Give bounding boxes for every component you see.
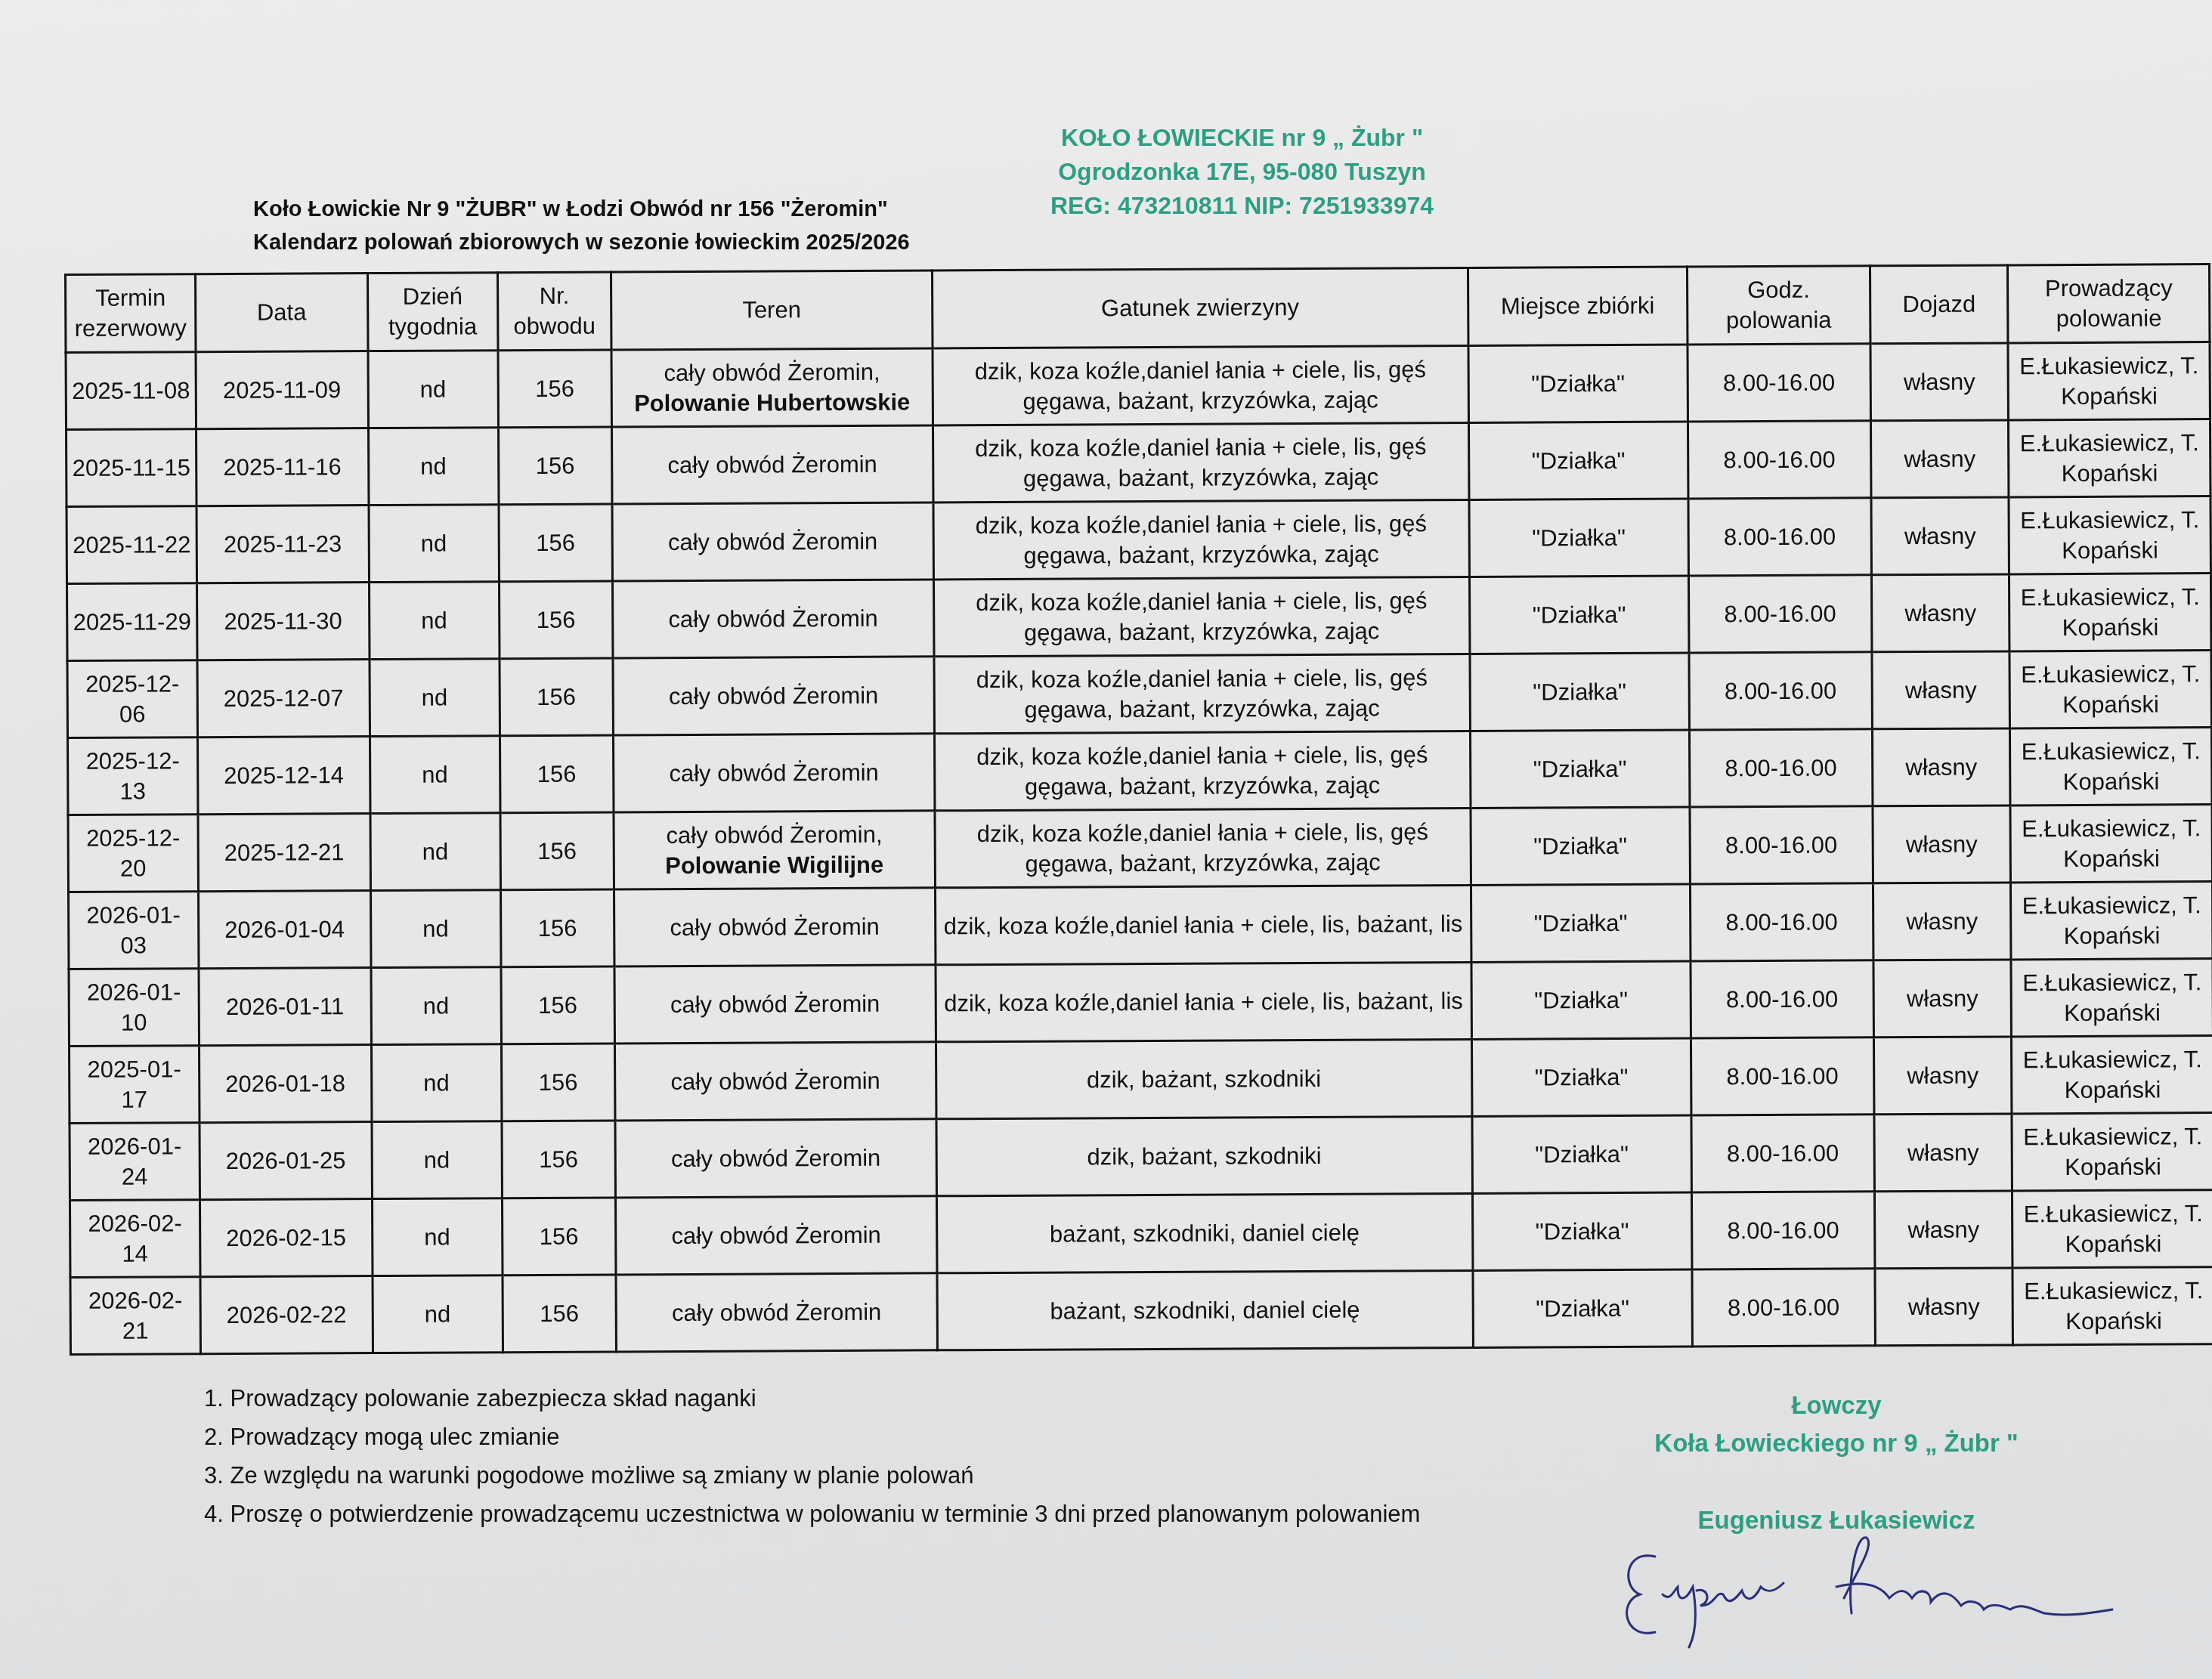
hunting-calendar-table-wrap: Termin rezerwowyDataDzień tygodniaNr. ob… — [64, 263, 2212, 1356]
weekday-cell: nd — [372, 1198, 502, 1276]
hours-cell: 8.00-16.00 — [1688, 498, 1871, 576]
species-cell: dzik, koza koźle,daniel łania + ciele, l… — [933, 577, 1470, 656]
area-number-cell: 156 — [501, 1044, 615, 1121]
species-cell: bażant, szkodniki, daniel cielę — [937, 1270, 1474, 1350]
reserve-date-cell: 2025-11-22 — [67, 506, 196, 584]
leaders-cell: E.Łukasiewicz, T. Kopański — [2009, 419, 2210, 497]
date-cell: 2025-12-21 — [198, 814, 370, 892]
table-row: 2025-12-202025-12-21nd156cały obwód Żero… — [68, 805, 2212, 892]
species-cell: dzik, koza koźle,daniel łania + ciele, l… — [934, 731, 1471, 810]
terrain-cell: cały obwód Żeromin — [615, 1042, 936, 1121]
transport-cell: własny — [1870, 343, 2009, 421]
weekday-cell: nd — [370, 736, 500, 814]
area-number-cell: 156 — [500, 658, 614, 736]
hours-cell: 8.00-16.00 — [1691, 1037, 1873, 1115]
leaders-cell: E.Łukasiewicz, T. Kopański — [2009, 651, 2211, 728]
reserve-date-cell: 2025-12-13 — [68, 737, 198, 815]
terrain-cell: cały obwód Żeromin,Polowanie Hubertowski… — [611, 348, 933, 427]
terrain-cell: cały obwód Żeromin — [613, 657, 934, 735]
weekday-cell: nd — [371, 967, 501, 1045]
hunting-calendar-table: Termin rezerwowyDataDzień tygodniaNr. ob… — [64, 263, 2212, 1356]
event-name: Polowanie Hubertowskie — [617, 387, 927, 419]
date-cell: 2025-12-14 — [197, 737, 370, 815]
species-cell: dzik, koza koźle,daniel łania + ciele, l… — [935, 808, 1471, 887]
terrain-cell: cały obwód Żeromin — [616, 1273, 937, 1352]
date-cell: 2025-11-09 — [196, 351, 368, 429]
reserve-date-cell: 2026-01-03 — [68, 892, 198, 969]
weekday-cell: nd — [372, 1121, 502, 1199]
note-1: 1. Prowadzący polowanie zabezpiecza skła… — [204, 1379, 1420, 1418]
reserve-date-cell: 2026-01-24 — [70, 1123, 200, 1201]
weekday-cell: nd — [368, 428, 498, 506]
notes-list: 1. Prowadzący polowanie zabezpiecza skła… — [204, 1379, 1420, 1533]
meeting-place-cell: "Działka" — [1473, 1269, 1693, 1347]
column-header: Miejsce zbiórki — [1468, 267, 1688, 345]
area-number-cell: 156 — [500, 812, 614, 890]
meeting-place-cell: "Działka" — [1471, 1038, 1691, 1116]
area-number-cell: 156 — [499, 581, 613, 659]
reserve-date-cell: 2025-12-06 — [67, 660, 197, 738]
hours-cell: 8.00-16.00 — [1688, 421, 1870, 499]
terrain-cell: cały obwód Żeromin — [613, 580, 934, 658]
table-row: 2025-11-222025-11-23nd156cały obwód Żero… — [67, 496, 2210, 584]
transport-cell: własny — [1873, 883, 2011, 960]
table-row: 2025-11-152025-11-16nd156cały obwód Żero… — [67, 419, 2210, 507]
date-cell: 2026-01-25 — [200, 1122, 372, 1200]
column-header: Dojazd — [1870, 265, 2008, 344]
weekday-cell: nd — [370, 890, 500, 968]
note-3: 3. Ze względu na warunki pogodowe możliw… — [204, 1456, 1420, 1495]
transport-cell: własny — [1873, 1037, 2012, 1115]
area-number-cell: 156 — [500, 735, 614, 813]
meeting-place-cell: "Działka" — [1470, 730, 1690, 808]
hours-cell: 8.00-16.00 — [1688, 575, 1871, 653]
reserve-date-cell: 2025-11-08 — [66, 352, 196, 430]
leaders-cell: E.Łukasiewicz, T. Kopański — [2009, 574, 2211, 651]
table-row: 2025-11-082025-11-09nd156cały obwód Żero… — [66, 342, 2210, 430]
terrain-cell: cały obwód Żeromin — [615, 1119, 936, 1198]
meeting-place-cell: "Działka" — [1471, 884, 1691, 962]
note-2: 2. Prowadzący mogą ulec zmianie — [204, 1418, 1420, 1456]
leaders-cell: E.Łukasiewicz, T. Kopański — [2009, 496, 2210, 574]
date-cell: 2026-02-22 — [200, 1276, 373, 1354]
leaders-cell: E.Łukasiewicz, T. Kopański — [2011, 882, 2212, 960]
table-row: 2026-01-242026-01-25nd156cały obwód Żero… — [70, 1113, 2212, 1201]
reserve-date-cell: 2025-01-17 — [69, 1046, 199, 1124]
area-number-cell: 156 — [501, 966, 615, 1044]
column-header: Dzień tygodnia — [367, 273, 497, 351]
species-cell: dzik, bażant, szkodniki — [936, 1116, 1473, 1195]
transport-cell: własny — [1871, 497, 2009, 575]
terrain-cell: cały obwód Żeromin — [614, 734, 935, 812]
terrain-cell: cały obwód Żeromin — [612, 502, 933, 581]
species-cell: dzik, koza koźle,daniel łania + ciele, l… — [933, 345, 1469, 425]
weekday-cell: nd — [370, 813, 500, 891]
table-row: 2026-01-102026-01-11nd156cały obwód Żero… — [69, 959, 2212, 1047]
date-cell: 2026-01-18 — [199, 1045, 371, 1123]
table-row: 2025-12-062025-12-07nd156cały obwód Żero… — [67, 651, 2211, 738]
handwritten-signature — [1610, 1526, 2199, 1662]
document-title: Koło Łowickie Nr 9 "ŻUBR" w Łodzi Obwód … — [253, 193, 910, 259]
area-number-cell: 156 — [498, 350, 612, 428]
species-cell: dzik, bażant, szkodniki — [936, 1039, 1472, 1118]
meeting-place-cell: "Działka" — [1470, 653, 1690, 731]
reserve-date-cell: 2025-11-29 — [67, 583, 197, 661]
hours-cell: 8.00-16.00 — [1692, 1269, 1875, 1347]
signature-stamp: Łowczy Koła Łowieckiego nr 9 „ Żubr " Eu… — [1617, 1387, 2056, 1539]
area-number-cell: 156 — [500, 889, 614, 967]
event-name: Polowanie Wigilijne — [620, 849, 930, 881]
table-row: 2025-12-132025-12-14nd156cały obwód Żero… — [68, 728, 2212, 815]
transport-cell: własny — [1874, 1191, 2012, 1269]
table-header-row: Termin rezerwowyDataDzień tygodniaNr. ob… — [66, 264, 2210, 353]
meeting-place-cell: "Działka" — [1469, 499, 1689, 577]
title-line-2: Kalendarz polowań zbiorowych w sezonie ł… — [253, 226, 910, 259]
signature-org: Koła Łowieckiego nr 9 „ Żubr " — [1617, 1424, 2056, 1462]
area-number-cell: 156 — [499, 504, 613, 582]
leaders-cell: E.Łukasiewicz, T. Kopański — [2012, 1267, 2212, 1345]
reserve-date-cell: 2025-12-20 — [68, 815, 198, 892]
transport-cell: własny — [1874, 1114, 2012, 1192]
transport-cell: własny — [1870, 420, 2009, 498]
weekday-cell: nd — [373, 1275, 503, 1353]
note-4: 4. Proszę o potwierdzenie prowadzącemu u… — [204, 1495, 1420, 1533]
table-row: 2026-02-212026-02-22nd156cały obwód Żero… — [70, 1267, 2212, 1355]
meeting-place-cell: "Działka" — [1468, 345, 1688, 422]
date-cell: 2026-01-04 — [198, 891, 370, 969]
weekday-cell: nd — [368, 351, 498, 428]
reserve-date-cell: 2025-11-15 — [67, 429, 196, 507]
terrain-text: cały obwód Żeromin, — [664, 358, 880, 385]
terrain-cell: cały obwód Żeromin — [616, 1196, 937, 1275]
meeting-place-cell: "Działka" — [1469, 576, 1689, 654]
species-cell: bażant, szkodniki, daniel cielę — [936, 1193, 1473, 1272]
leaders-cell: E.Łukasiewicz, T. Kopański — [2012, 1190, 2212, 1268]
table-row: 2026-01-032026-01-04nd156cały obwód Żero… — [68, 882, 2212, 969]
weekday-cell: nd — [369, 582, 499, 660]
area-number-cell: 156 — [502, 1198, 616, 1275]
reserve-date-cell: 2026-02-21 — [70, 1277, 200, 1355]
terrain-cell: cały obwód Żeromin,Polowanie Wigilijne — [614, 811, 935, 889]
title-line-1: Koło Łowickie Nr 9 "ŻUBR" w Łodzi Obwód … — [253, 193, 910, 226]
column-header: Data — [195, 274, 367, 352]
reserve-date-cell: 2026-01-10 — [69, 969, 199, 1047]
area-number-cell: 156 — [502, 1121, 616, 1198]
table-body: 2025-11-082025-11-09nd156cały obwód Żero… — [66, 342, 2212, 1355]
species-cell: dzik, koza koźle,daniel łania + ciele, l… — [935, 885, 1471, 964]
date-cell: 2025-12-07 — [197, 660, 370, 737]
terrain-text: cały obwód Żeromin, — [666, 821, 882, 848]
terrain-cell: cały obwód Żeromin — [614, 888, 936, 966]
column-header: Godz. polowania — [1687, 266, 1870, 345]
hours-cell: 8.00-16.00 — [1691, 1192, 1874, 1269]
column-header: Prowadzący polowanie — [2008, 264, 2210, 343]
transport-cell: własny — [1873, 960, 2012, 1037]
transport-cell: własny — [1872, 651, 2010, 729]
area-number-cell: 156 — [503, 1275, 617, 1353]
table-row: 2025-01-172026-01-18nd156cały obwód Żero… — [69, 1036, 2212, 1124]
date-cell: 2025-11-30 — [196, 583, 369, 660]
leaders-cell: E.Łukasiewicz, T. Kopański — [2010, 728, 2212, 805]
leaders-cell: E.Łukasiewicz, T. Kopański — [2012, 1036, 2212, 1114]
meeting-place-cell: "Działka" — [1471, 961, 1691, 1039]
leaders-cell: E.Łukasiewicz, T. Kopański — [2010, 805, 2212, 883]
column-header: Gatunek zwierzyny — [932, 267, 1468, 348]
reserve-date-cell: 2026-02-14 — [70, 1200, 200, 1278]
column-header: Teren — [611, 271, 933, 350]
hours-cell: 8.00-16.00 — [1689, 652, 1872, 730]
weekday-cell: nd — [371, 1044, 501, 1122]
hours-cell: 8.00-16.00 — [1691, 960, 1873, 1038]
hours-cell: 8.00-16.00 — [1690, 883, 1873, 961]
stamp-line-3: REG: 473210811 NIP: 7251933974 — [1050, 189, 1434, 223]
species-cell: dzik, koza koźle,daniel łania + ciele, l… — [936, 962, 1472, 1041]
meeting-place-cell: "Działka" — [1472, 1115, 1692, 1193]
leaders-cell: E.Łukasiewicz, T. Kopański — [2008, 342, 2210, 420]
species-cell: dzik, koza koźle,daniel łania + ciele, l… — [934, 654, 1471, 733]
transport-cell: własny — [1871, 574, 2009, 652]
species-cell: dzik, koza koźle,daniel łania + ciele, l… — [933, 499, 1470, 579]
hours-cell: 8.00-16.00 — [1690, 806, 1873, 884]
column-header: Termin rezerwowy — [66, 274, 196, 353]
signature-title: Łowczy — [1617, 1387, 2056, 1424]
date-cell: 2025-11-23 — [196, 506, 369, 583]
table-row: 2026-02-142026-02-15nd156cały obwód Żero… — [70, 1190, 2212, 1278]
column-header: Nr. obwodu — [497, 272, 611, 351]
species-cell: dzik, koza koźle,daniel łania + ciele, l… — [933, 422, 1469, 502]
weekday-cell: nd — [370, 659, 500, 737]
transport-cell: własny — [1872, 728, 2010, 806]
transport-cell: własny — [1875, 1268, 2013, 1346]
area-number-cell: 156 — [498, 427, 612, 505]
meeting-place-cell: "Działka" — [1468, 422, 1688, 499]
hours-cell: 8.00-16.00 — [1691, 1115, 1874, 1192]
terrain-cell: cały obwód Żeromin — [614, 965, 936, 1044]
transport-cell: własny — [1873, 805, 2011, 883]
table-row: 2025-11-292025-11-30nd156cały obwód Żero… — [67, 574, 2211, 661]
meeting-place-cell: "Działka" — [1472, 1192, 1692, 1270]
stamp-line-2: Ogrodzonka 17E, 95-080 Tuszyn — [1050, 155, 1434, 189]
leaders-cell: E.Łukasiewicz, T. Kopański — [2012, 1113, 2212, 1191]
date-cell: 2026-02-15 — [200, 1199, 372, 1277]
weekday-cell: nd — [369, 505, 499, 583]
organization-stamp: KOŁO ŁOWIECKIE nr 9 „ Żubr " Ogrodzonka … — [1050, 121, 1434, 223]
stamp-line-1: KOŁO ŁOWIECKIE nr 9 „ Żubr " — [1050, 121, 1434, 155]
terrain-cell: cały obwód Żeromin — [612, 425, 933, 504]
hours-cell: 8.00-16.00 — [1688, 344, 1870, 422]
hours-cell: 8.00-16.00 — [1689, 729, 1872, 807]
leaders-cell: E.Łukasiewicz, T. Kopański — [2011, 959, 2212, 1037]
meeting-place-cell: "Działka" — [1471, 807, 1691, 885]
date-cell: 2026-01-11 — [199, 968, 371, 1046]
date-cell: 2025-11-16 — [196, 428, 368, 506]
